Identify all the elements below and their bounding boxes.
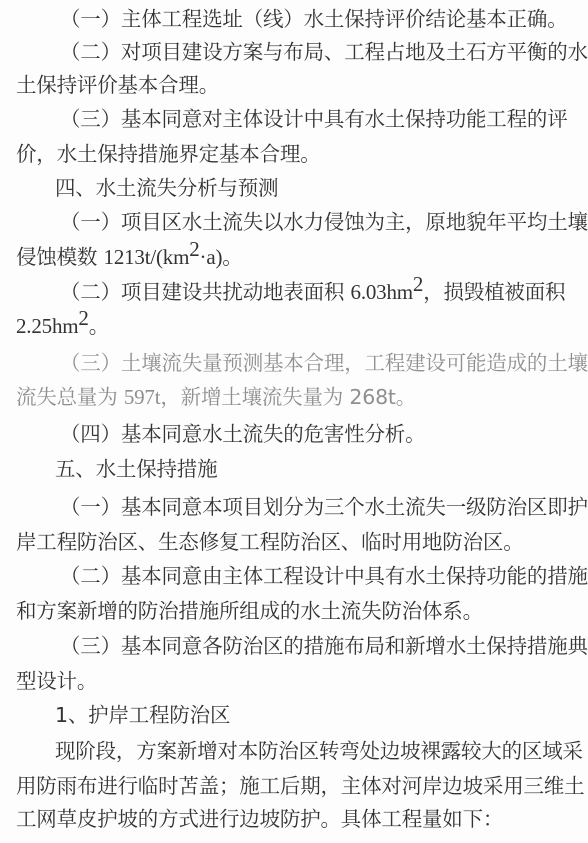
text-fragment: 。 [89,314,109,338]
text-line: 价，水土保持措施界定基本合理。 [16,141,321,167]
value-text: 597t [124,385,161,409]
text-line: 工网草皮护坡的方式进行边坡防护。具体工程量如下： [16,806,503,832]
text-line-faded: （三）土壤流失量预测基本合理，工程建设可能造成的土壤 [60,350,588,376]
superscript: 2 [189,237,199,261]
superscript: 2 [78,306,88,330]
text-line: 侵蚀模数 1213t/(km2·a)。 [16,244,243,270]
subsection-heading: 1、护岸工程防治区 [55,702,230,728]
value-text: 6.03hm [351,280,413,304]
text-line: 土保持评价基本合理。 [16,72,219,98]
superscript: 2 [413,272,423,296]
text-line: （一）项目区水土流失以水力侵蚀为主，原地貌年平均土壤 [60,209,588,235]
text-line: 2.25hm2。 [16,313,109,339]
text-line: （二）基本同意由主体工程设计中具有水土保持功能的措施 [60,563,588,589]
value-text: 1213t/(km [104,245,190,269]
text-line: （一）主体工程选址（线）水土保持评价结论基本正确。 [60,6,568,32]
value-text: ·a) [200,245,223,269]
text-line: （二）对项目建设方案与布局、工程占地及土石方平衡的水 [60,39,588,65]
text-fragment: 侵蚀模数 [16,245,104,269]
text-line: （四）基本同意水土流失的危害性分析。 [60,421,425,447]
text-fragment: ，损毁植被面积 [423,280,565,304]
document-page: （一）主体工程选址（线）水土保持评价结论基本正确。 （二）对项目建设方案与布局、… [0,0,588,843]
text-fragment: （二）项目建设共扰动地表面积 [60,280,351,304]
section-heading: 四、水土流失分析与预测 [55,175,278,201]
text-fragment: 流失总量为 [16,385,124,409]
text-fragment: ，新增土壤流失量为 268t。 [160,385,416,409]
text-line: 现阶段，方案新增对本防治区转弯处边坡裸露较大的区域采 [55,738,583,764]
value-text: 2.25hm [16,314,78,338]
text-line: （三）基本同意对主体设计中具有水土保持功能工程的评 [60,106,568,132]
section-heading: 五、水土保持措施 [55,456,217,482]
text-line: （三）基本同意各防治区的措施布局和新增水土保持措施典 [60,633,588,659]
text-fragment: 。 [222,245,242,269]
text-line: （二）项目建设共扰动地表面积 6.03hm2，损毁植被面积 [60,279,565,305]
text-line: 岸工程防治区、生态修复工程防治区、临时用地防治区。 [16,529,524,555]
text-line: 用防雨布进行临时苫盖；施工后期，主体对河岸边坡采用三维土 [16,773,584,799]
text-line: 型设计。 [16,668,97,694]
text-line-faded: 流失总量为 597t，新增土壤流失量为 268t。 [16,384,416,410]
text-line: 和方案新增的防治措施所组成的水土流失防治体系。 [16,598,483,624]
text-line: （一）基本同意本项目划分为三个水土流失一级防治区即护 [60,494,588,520]
